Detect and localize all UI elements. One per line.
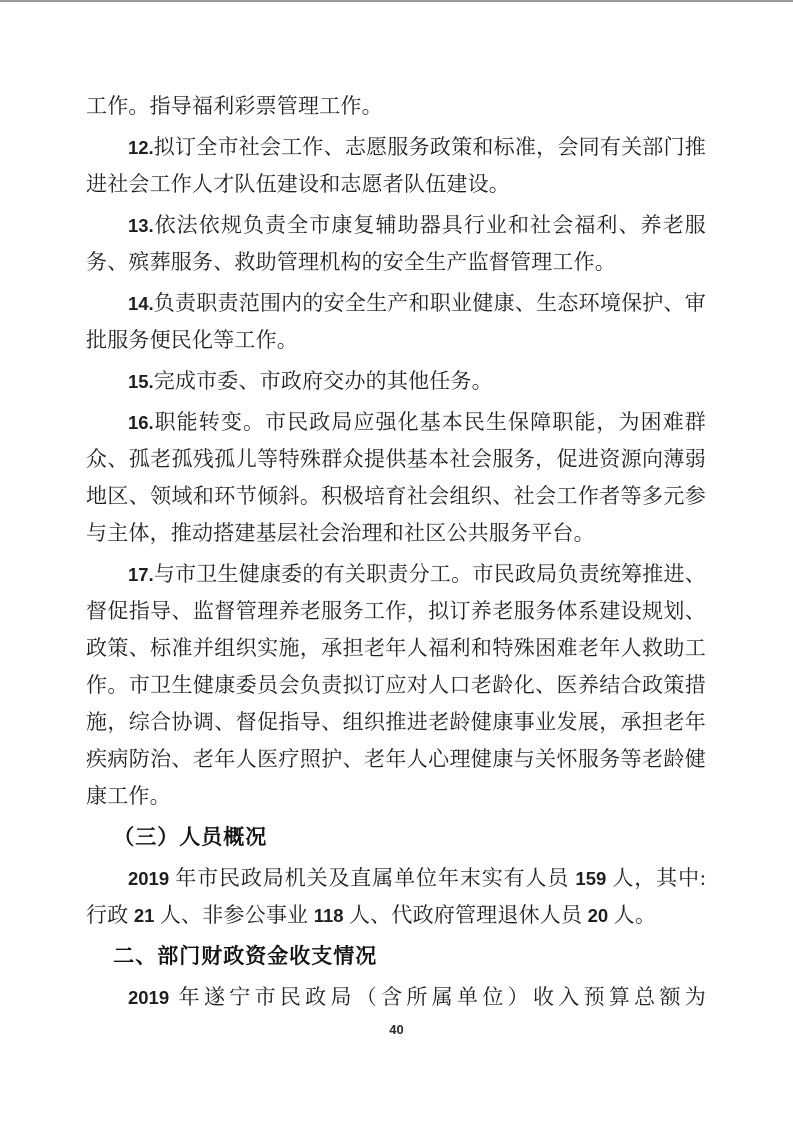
body-paragraph: 12.拟订全市社会工作、志愿服务政策和标准，会同有关部门推进社会工作人才队伍建设… xyxy=(86,129,706,203)
page-top-edge-line xyxy=(0,0,793,2)
body-paragraph: 13.依法依规负责全市康复辅助器具行业和社会福利、养老服务、殡葬服务、救助管理机… xyxy=(86,207,706,281)
numeral: 16. xyxy=(128,412,154,433)
numeral: 17. xyxy=(128,564,154,585)
numeral: 118 xyxy=(314,905,344,926)
page-number: 40 xyxy=(0,1022,793,1037)
numeral: 21 xyxy=(134,905,155,926)
numeral: 159 xyxy=(575,868,606,889)
body-paragraph: 工作。指导福利彩票管理工作。 xyxy=(86,88,706,125)
body-paragraph: 14.负责职责范围内的安全生产和职业健康、生态环境保护、审批服务便民化等工作。 xyxy=(86,285,706,359)
document-text-content: 工作。指导福利彩票管理工作。12.拟订全市社会工作、志愿服务政策和标准，会同有关… xyxy=(86,88,706,1020)
numeral: 2019 xyxy=(128,868,169,889)
body-paragraph: 15.完成市委、市政府交办的其他任务。 xyxy=(86,363,706,400)
body-paragraph: 16.职能转变。市民政局应强化基本民生保障职能，为困难群众、孤老孤残孤儿等特殊群… xyxy=(86,404,706,552)
body-paragraph: 17.与市卫生健康委的有关职责分工。市民政局负责统筹推进、督促指导、监督管理养老… xyxy=(86,556,706,815)
numeral: 20 xyxy=(588,905,609,926)
section-heading: 二、部门财政资金收支情况 xyxy=(86,938,706,975)
numeral: 13. xyxy=(128,215,154,236)
numeral: 2019 xyxy=(128,987,169,1008)
numeral: 14. xyxy=(128,293,154,314)
body-paragraph: 2019 年市民政局机关及直属单位年末实有人员 159 人，其中:行政 21 人… xyxy=(86,860,706,934)
body-paragraph: 2019 年遂宁市民政局（含所属单位）收入预算总额为 xyxy=(86,979,706,1016)
document-page: 工作。指导福利彩票管理工作。12.拟订全市社会工作、志愿服务政策和标准，会同有关… xyxy=(0,0,793,1122)
section-heading: （三）人员概况 xyxy=(86,819,706,856)
numeral: 15. xyxy=(128,371,154,392)
numeral: 12. xyxy=(128,137,154,158)
